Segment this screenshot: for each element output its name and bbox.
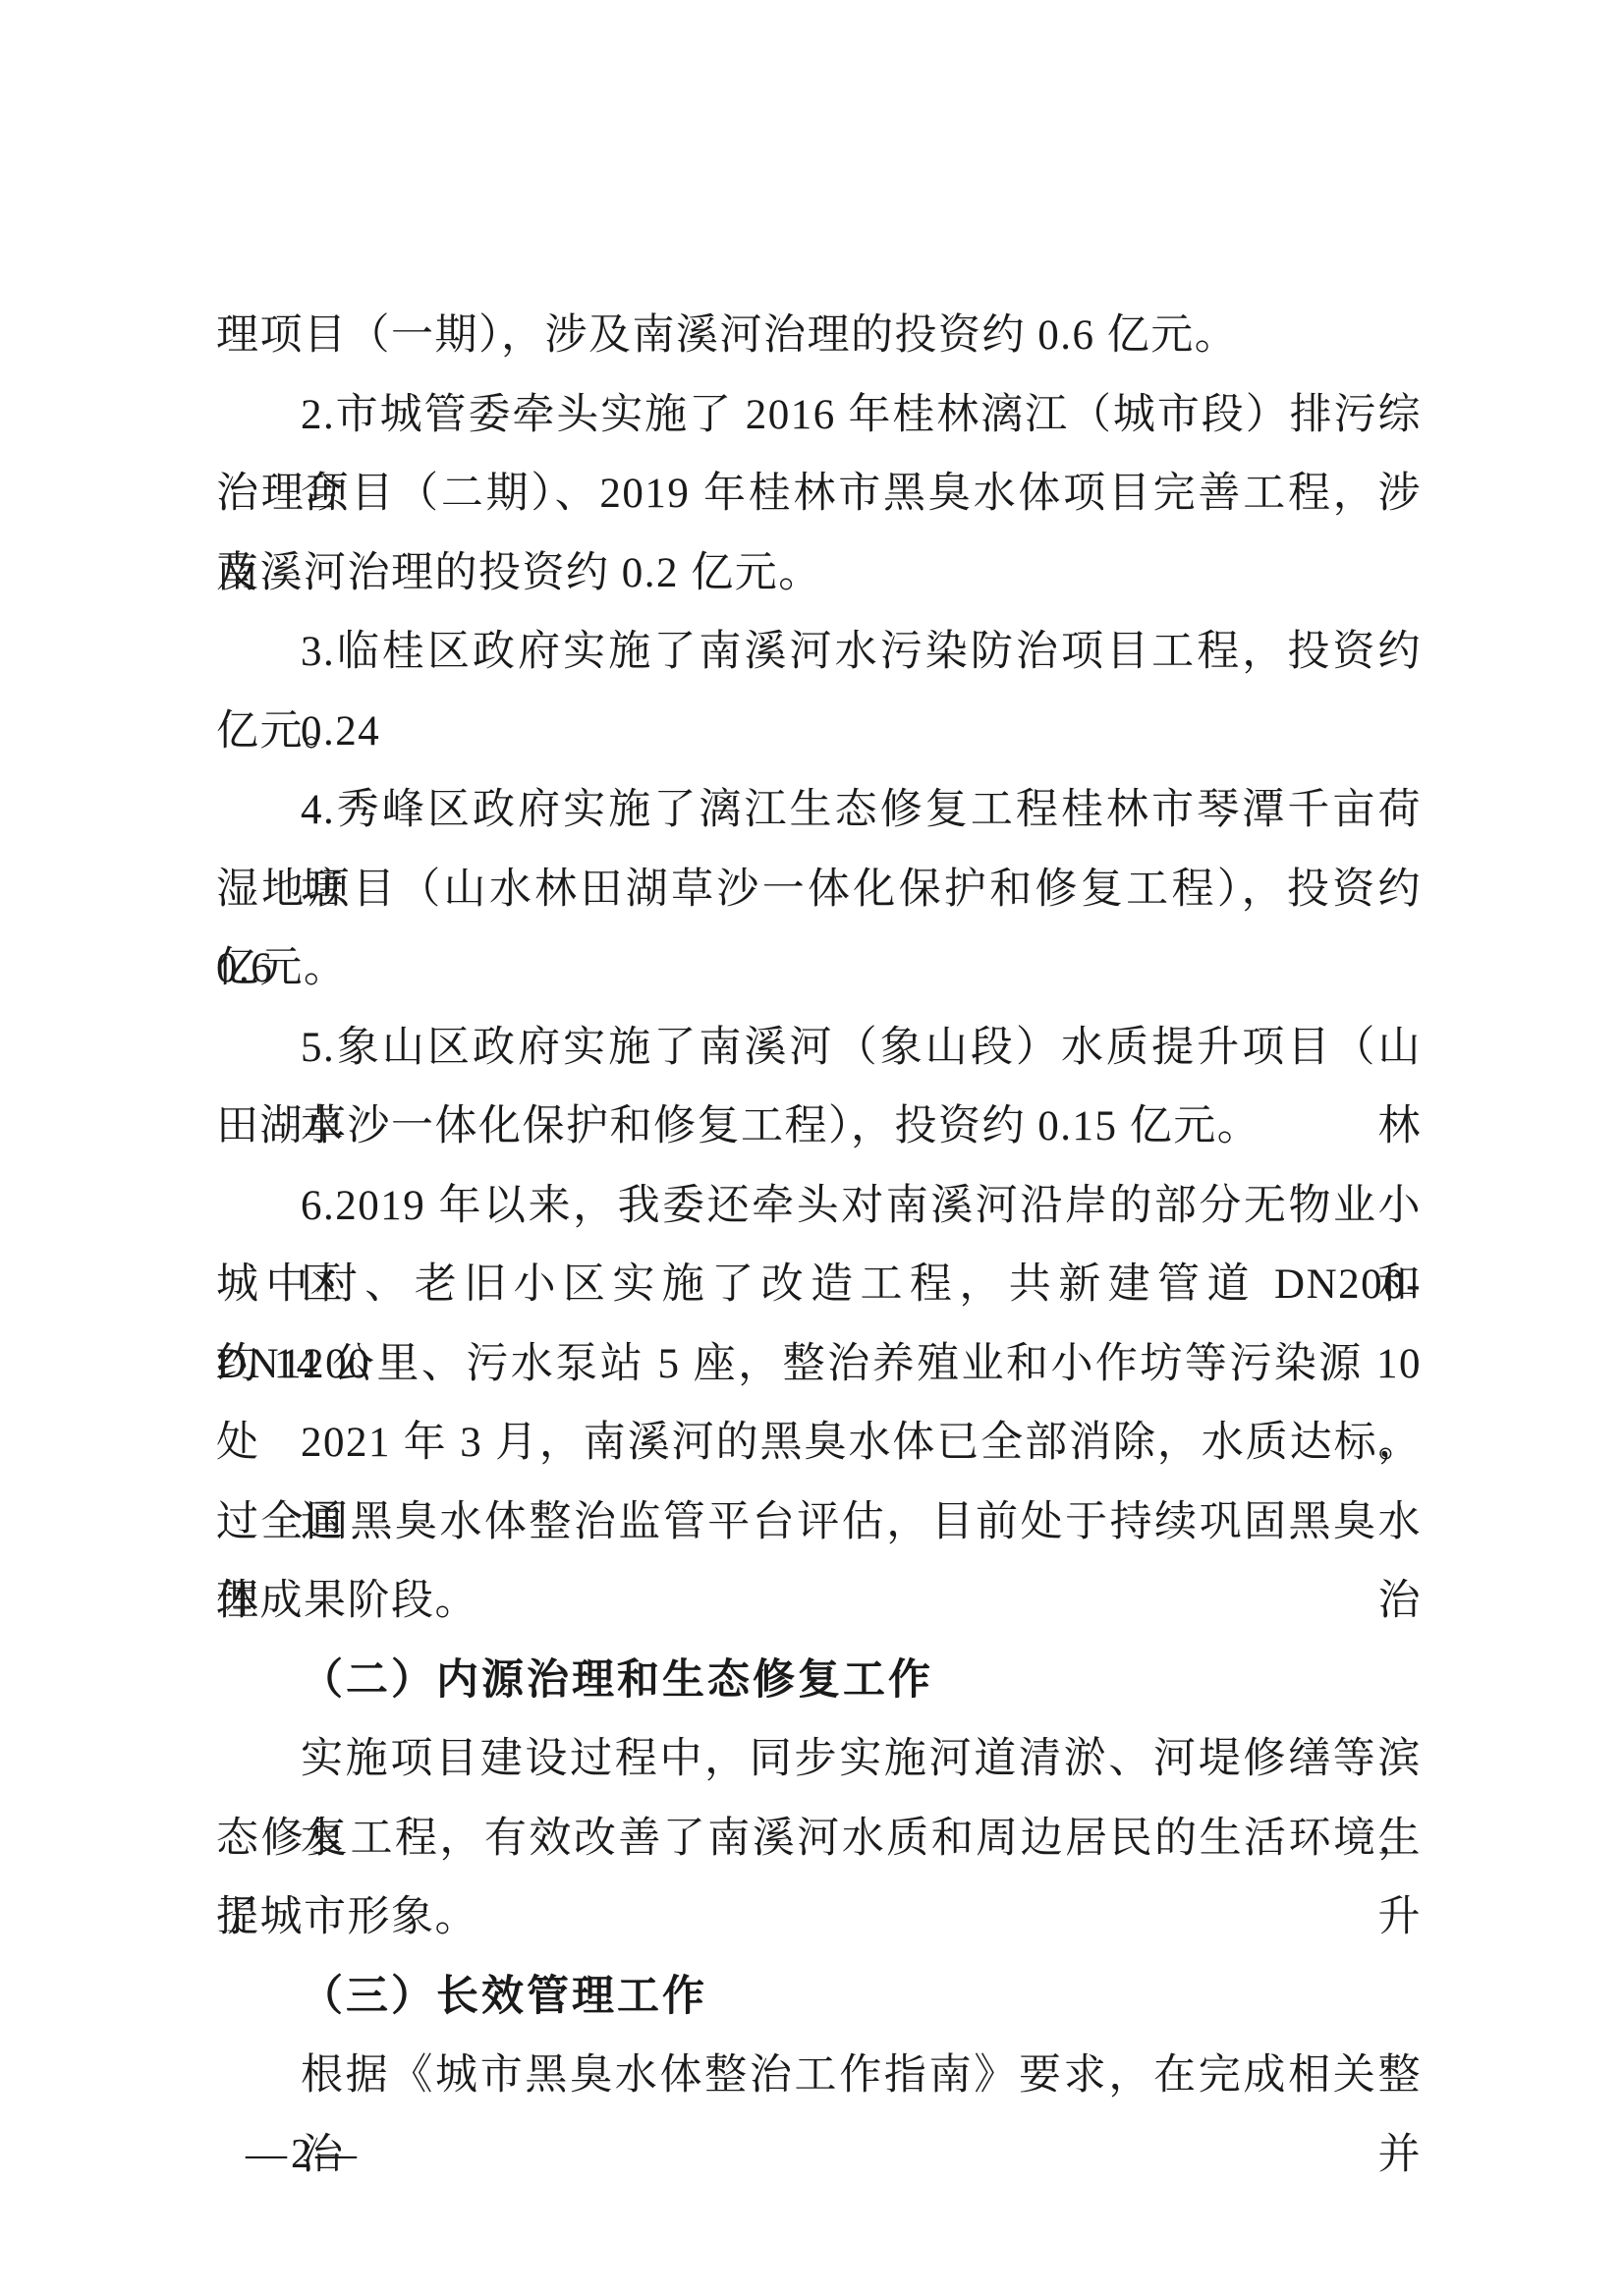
body-line-5: 3.临桂区政府实施了南溪河水污染防治项目工程，投资约 0.24 [216, 613, 1422, 693]
page-number: —2— [246, 2122, 361, 2187]
body-line-11: 田湖草沙一体化保护和修复工程），投资约 0.15 亿元。 [216, 1088, 1422, 1167]
body-line-13: 城中村、老旧小区实施了改造工程，共新建管道 DN200-DN1200 [216, 1246, 1422, 1325]
body-line-10: 5.象山区政府实施了南溪河（象山段）水质提升项目（山水林 [216, 1009, 1422, 1089]
body-line-19: 实施项目建设过程中，同步实施河道清淤、河堤修缮等滨水生 [216, 1720, 1422, 1800]
document-body: 理项目（一期），涉及南溪河治理的投资约 0.6 亿元。 2.市城管委牵头实施了 … [216, 297, 1422, 2116]
body-line-15: 2021 年 3 月，南溪河的黑臭水体已全部消除，水质达标，通 [216, 1404, 1422, 1484]
body-line-8: 湿地项目（山水林田湖草沙一体化保护和修复工程），投资约 0.6 [216, 851, 1422, 930]
body-line-9: 亿元。 [216, 929, 1422, 1009]
body-line-7: 4.秀峰区政府实施了漓江生态修复工程桂林市琴潭千亩荷塘 [216, 771, 1422, 851]
body-line-23: 根据《城市黑臭水体整治工作指南》要求，在完成相关整治并 [216, 2037, 1422, 2116]
body-line-14: 约 14 公里、污水泵站 5 座，整治养殖业和小作坊等污染源 10 处。 [216, 1325, 1422, 1405]
section-heading-iii: （三）长效管理工作 [216, 1958, 1422, 2038]
body-line-1: 理项目（一期），涉及南溪河治理的投资约 0.6 亿元。 [216, 297, 1422, 376]
body-line-20: 态修复工程，有效改善了南溪河水质和周边居民的生活环境，提升 [216, 1800, 1422, 1879]
body-line-12: 6.2019 年以来，我委还牵头对南溪河沿岸的部分无物业小区和 [216, 1167, 1422, 1247]
body-line-6: 亿元。 [216, 693, 1422, 772]
body-line-3: 治理项目（二期）、2019 年桂林市黑臭水体项目完善工程，涉及 [216, 455, 1422, 534]
body-line-2: 2.市城管委牵头实施了 2016 年桂林漓江（城市段）排污综合 [216, 376, 1422, 456]
section-heading-ii: （二）内源治理和生态修复工作 [216, 1642, 1422, 1721]
body-line-16: 过全国黑臭水体整治监管平台评估，目前处于持续巩固黑臭水体治 [216, 1484, 1422, 1563]
document-page: 理项目（一期），涉及南溪河治理的投资约 0.6 亿元。 2.市城管委牵头实施了 … [0, 0, 1623, 2296]
body-line-4: 南溪河治理的投资约 0.2 亿元。 [216, 534, 1422, 614]
